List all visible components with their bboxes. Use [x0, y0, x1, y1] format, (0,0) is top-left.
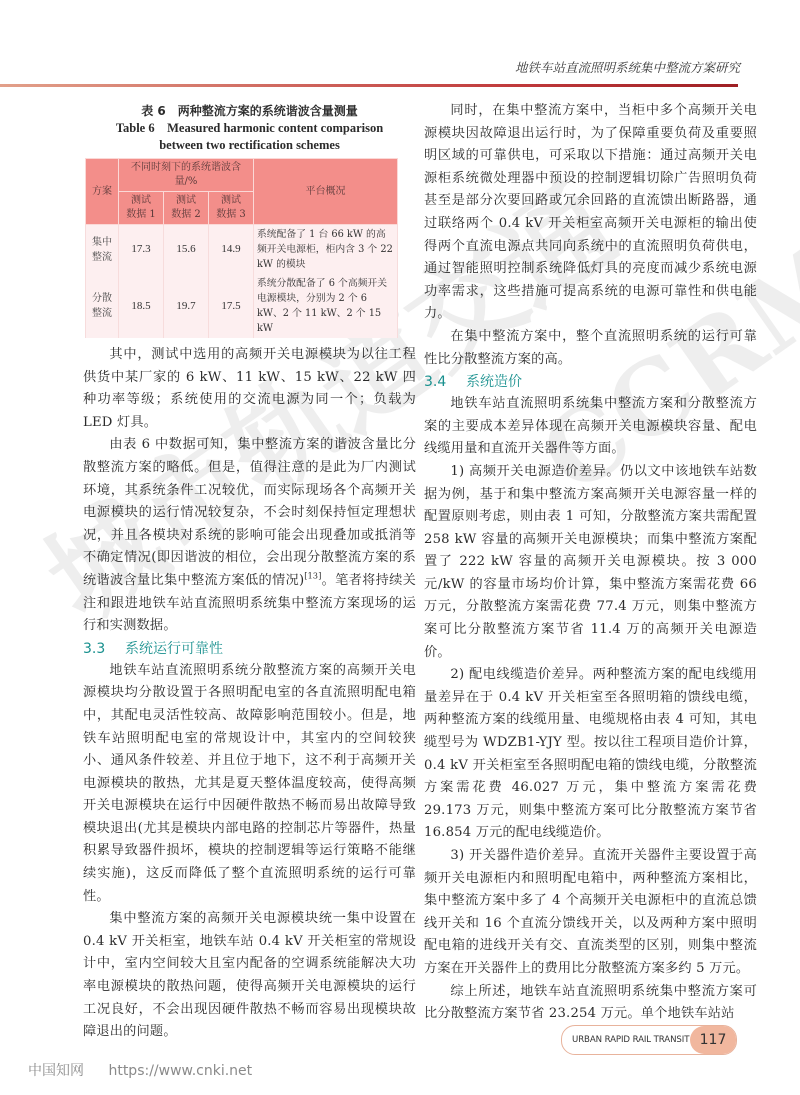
paragraph: 1) 高频开关电源造价差异。仍以文中该地铁车站数据为例，基于和集中整流方案高频开…	[424, 461, 757, 664]
paragraph: 地铁车站直流照明系统分散整流方案的高频开关电源模块均分散设置于各照明配电室的各直…	[83, 660, 416, 909]
cell-value: 19.7	[164, 274, 209, 338]
cell-value: 17.3	[119, 225, 164, 275]
cell-platform: 系统分散配备了 6 个高频开关电源模块，分别为 2 个 6 kW、2 个 11 …	[254, 274, 398, 338]
table-title-en-1: Table 6 Measured harmonic content compar…	[83, 120, 416, 137]
section-heading-3-4: 3.4系统造价	[424, 371, 757, 393]
left-column: 表 6 两种整流方案的系统谐波含量测量 Table 6 Measured har…	[83, 100, 416, 1044]
table-title-cn: 表 6 两种整流方案的系统谐波含量测量	[83, 102, 416, 120]
col-header-test-1: 测试 数据 1	[119, 192, 164, 225]
paragraph: 集中整流方案的高频开关电源模块统一集中设置在 0.4 kV 开关柜室，地铁车站 …	[83, 908, 416, 1044]
header-rule	[0, 84, 738, 87]
right-column: 同时，在集中整流方案中，当柜中多个高频开关电源模块因故障退出运行时，为了保障重要…	[424, 100, 757, 1026]
cell-value: 18.5	[119, 274, 164, 338]
col-header-scheme: 方案	[86, 159, 119, 225]
journal-name: URBAN RAPID RAIL TRANSIT	[562, 1035, 690, 1045]
harmonic-table: 方案 不同时刻下的系统谐波含量/% 平台概况 测试 数据 1 测试 数据 2 测…	[85, 158, 398, 338]
section-title: 系统造价	[466, 374, 522, 390]
paragraph: 其中，测试中选用的高频开关电源模块为以往工程供货中某厂家的 6 kW、11 kW…	[83, 344, 416, 434]
cell-scheme: 集中 整流	[86, 225, 119, 275]
paragraph: 3) 开关器件造价差异。直流开关器件主要设置于高频开关电源柜内和照明配电箱中，两…	[424, 845, 757, 981]
cell-value: 15.6	[164, 225, 209, 275]
source-url[interactable]: https://www.cnki.net	[108, 1063, 252, 1079]
paragraph: 地铁车站直流照明系统集中整流方案和分散整流方案的主要成本差异体现在高频开关电源模…	[424, 393, 757, 461]
paragraph-text: 由表 6 中数据可知，集中整流方案的谐波含量比分散整流方案的略低。但是，值得注意…	[83, 437, 416, 588]
cell-value: 17.5	[209, 274, 254, 338]
paragraph: 由表 6 中数据可知，集中整流方案的谐波含量比分散整流方案的略低。但是，值得注意…	[83, 434, 416, 637]
section-number: 3.3	[83, 638, 125, 660]
paragraph: 综上所述，地铁车站直流照明系统集中整流方案可比分散整流方案节省 23.254 万…	[424, 981, 757, 1026]
col-header-test-3: 测试 数据 3	[209, 192, 254, 225]
source-footer: 中国知网 https://www.cnki.net	[28, 1060, 252, 1080]
col-header-group: 不同时刻下的系统谐波含量/%	[119, 159, 254, 192]
section-number: 3.4	[424, 371, 466, 393]
paragraph: 2) 配电线缆造价差异。两种整流方案的配电线缆用量差异在于 0.4 kV 开关柜…	[424, 664, 757, 845]
col-header-platform: 平台概况	[254, 159, 398, 225]
paragraph: 同时，在集中整流方案中，当柜中多个高频开关电源模块因故障退出运行时，为了保障重要…	[424, 100, 757, 326]
cell-scheme: 分散 整流	[86, 274, 119, 338]
running-title: 地铁车站直流照明系统集中整流方案研究	[515, 58, 740, 76]
citation-ref[interactable]: [13]	[304, 572, 321, 581]
table-title-en-2: between two rectification schemes	[83, 137, 416, 154]
table-row: 集中 整流 17.3 15.6 14.9 系统配备了 1 台 66 kW 的高频…	[86, 225, 398, 275]
cell-platform: 系统配备了 1 台 66 kW 的高频开关电源柜，柜内含 3 个 22 kW 的…	[254, 225, 398, 275]
section-title: 系统运行可靠性	[125, 641, 223, 657]
section-heading-3-3: 3.3系统运行可靠性	[83, 638, 416, 660]
col-header-test-2: 测试 数据 2	[164, 192, 209, 225]
source-name: 中国知网	[28, 1063, 84, 1079]
page-number: 117	[690, 1026, 736, 1054]
cell-value: 14.9	[209, 225, 254, 275]
journal-badge: URBAN RAPID RAIL TRANSIT 117	[561, 1025, 737, 1055]
paragraph: 在集中整流方案中，整个直流照明系统的运行可靠性比分散整流方案的高。	[424, 326, 757, 371]
table-row: 分散 整流 18.5 19.7 17.5 系统分散配备了 6 个高频开关电源模块…	[86, 274, 398, 338]
